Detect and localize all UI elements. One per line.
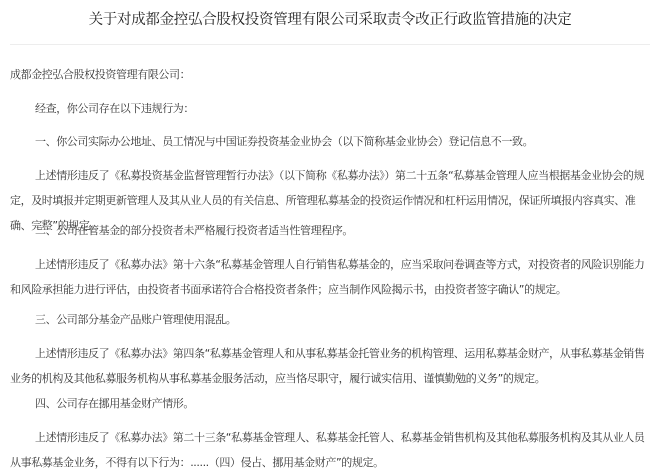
section-2-body: 上述情形违反了《私募办法》第十六条“私募基金管理人自行销售私募基金的，应当采取问…: [10, 252, 650, 302]
section-1-heading: 一、你公司实际办公地址、员工情况与中国证券投资基金业协会（以下简称基金业协会）登…: [10, 129, 650, 154]
intro-paragraph: 经查，你公司存在以下违规行为：: [10, 96, 650, 121]
document-page: 关于对成都金控弘合股权投资管理有限公司采取责令改正行政监管措施的决定 成都金控弘…: [0, 0, 660, 470]
salutation: 成都金控弘合股权投资管理有限公司：: [10, 62, 650, 87]
section-4-body: 上述情形违反了《私募办法》第二十三条“私募基金管理人、私募基金托管人、私募基金销…: [10, 425, 650, 470]
section-3-body: 上述情形违反了《私募办法》第四条“私募基金管理人和从事私募基金托管业务的机构管理…: [10, 341, 650, 391]
section-4-heading: 四、公司存在挪用基金财产情形。: [10, 391, 650, 416]
section-3-heading: 三、公司部分基金产品账户管理使用混乱。: [10, 307, 650, 332]
section-2-heading: 二、公司在管基金的部分投资者未严格履行投资者适当性管理程序。: [10, 218, 650, 243]
document-title: 关于对成都金控弘合股权投资管理有限公司采取责令改正行政监管措施的决定: [0, 8, 660, 29]
title-divider: [10, 44, 650, 45]
